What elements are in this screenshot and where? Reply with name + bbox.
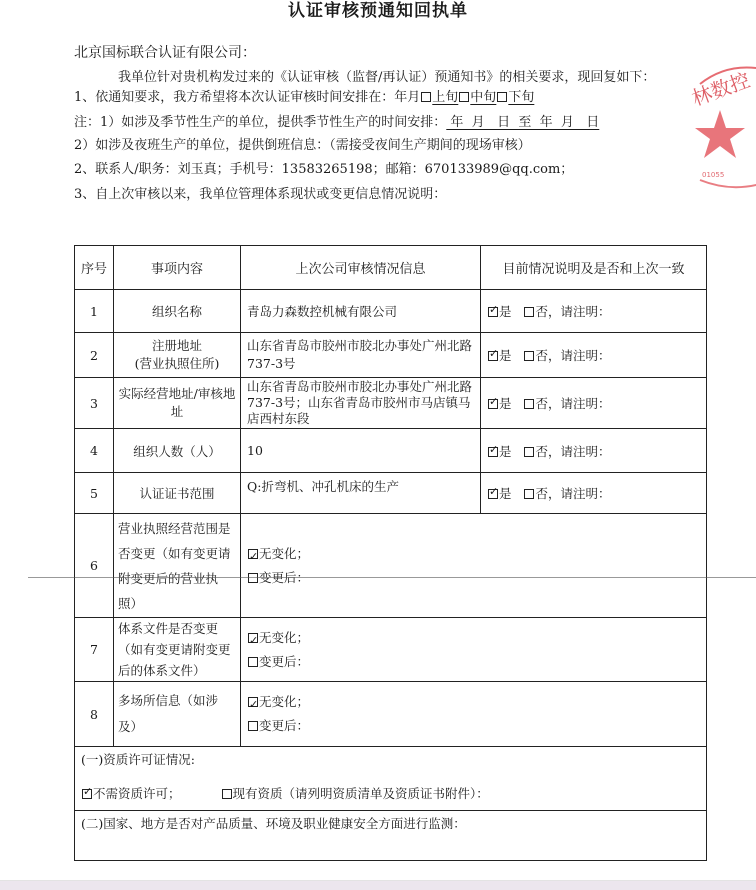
no-label: 否，请注明： bbox=[535, 396, 610, 411]
row-info: 山东省青岛市胶州市胶北办事处广州北路737-3号 bbox=[241, 333, 481, 378]
intro-text: 我单位针对贵机构发过来的《认证审核（监督/再认证）预通知书》的相关要求，现回复如… bbox=[118, 66, 655, 85]
no-change-checkbox[interactable] bbox=[248, 697, 258, 707]
row-status: 是 否，请注明： bbox=[481, 473, 707, 514]
no-qualification-checkbox[interactable] bbox=[82, 789, 92, 799]
row-change-status: 无变化； 变更后： bbox=[241, 682, 707, 747]
no-checkbox[interactable] bbox=[524, 447, 534, 457]
row-no: 3 bbox=[75, 378, 114, 429]
row-item: 注册地址 (营业执照住所) bbox=[114, 333, 241, 378]
row-no: 6 bbox=[75, 514, 114, 618]
col-header-previous-info: 上次公司审核情况信息 bbox=[241, 246, 481, 290]
checkbox-late[interactable] bbox=[497, 92, 507, 102]
table-row: 7 体系文件是否变更（如有变更请附变更后的体系文件） 无变化； 变更后： bbox=[75, 618, 707, 682]
schedule-line: 1、依通知要求，我方希望将本次认证审核时间安排在：年月上旬中旬下旬 bbox=[74, 86, 534, 105]
row-status: 是 否，请注明： bbox=[481, 333, 707, 378]
option-late-label: 下旬 bbox=[508, 90, 534, 105]
changed-checkbox[interactable] bbox=[248, 721, 258, 731]
seasonal-note-label: 注：1）如涉及季节性生产的单位，提供季节性生产的时间安排： bbox=[74, 115, 446, 130]
yes-label: 是 bbox=[499, 396, 512, 411]
row-status: 是 否，请注明： bbox=[481, 378, 707, 429]
row-item: 实际经营地址/审核地址 bbox=[114, 378, 241, 429]
table-row: 3 实际经营地址/审核地址 山东省青岛市胶州市胶北办事处广州北路737-3号；山… bbox=[75, 378, 707, 429]
table-row: 4 组织人数（人） 10 是 否，请注明： bbox=[75, 429, 707, 473]
table-row: 6 营业执照经营范围是否变更（如有变更请附变更后的营业执照） 无变化； 变更后： bbox=[75, 514, 707, 618]
monitoring-section: (二)国家、地方是否对产品质量、环境及职业健康安全方面进行监测： bbox=[75, 811, 707, 861]
row-item: 体系文件是否变更（如有变更请附变更后的体系文件） bbox=[114, 618, 241, 682]
no-qualification-label: 不需资质许可； bbox=[93, 786, 181, 801]
row-item: 组织名称 bbox=[114, 290, 241, 333]
company-seal-icon: 林数控 01055 bbox=[690, 62, 756, 192]
row-status: 是 否，请注明： bbox=[481, 429, 707, 473]
qualification-title: (一)资质许可证情况: bbox=[81, 750, 700, 768]
addressee: 北京国标联合认证有限公司： bbox=[74, 42, 256, 62]
col-header-current-status: 目前情况说明及是否和上次一致 bbox=[481, 246, 707, 290]
option-mid-label: 中旬 bbox=[470, 90, 496, 105]
row-info: 10 bbox=[241, 429, 481, 473]
checkbox-early[interactable] bbox=[421, 92, 431, 102]
status-table: 序号 事项内容 上次公司审核情况信息 目前情况说明及是否和上次一致 1 组织名称… bbox=[74, 245, 707, 861]
period-options: 上旬中旬下旬 bbox=[420, 90, 534, 105]
has-qualification-label: 现有资质（请列明资质清单及资质证书附件）： bbox=[233, 786, 489, 801]
row-no: 2 bbox=[75, 333, 114, 378]
status-intro: 3、自上次审核以来，我单位管理体系现状或变更信息情况说明： bbox=[74, 183, 446, 202]
table-row: 5 认证证书范围 Q:折弯机、冲孔机床的生产 是 否，请注明： bbox=[75, 473, 707, 514]
no-change-label: 无变化； bbox=[259, 546, 309, 561]
no-change-label: 无变化； bbox=[259, 694, 309, 709]
svg-text:01055: 01055 bbox=[702, 171, 724, 179]
table-row: 1 组织名称 青岛力森数控机械有限公司 是 否，请注明： bbox=[75, 290, 707, 333]
no-change-label: 无变化； bbox=[259, 630, 309, 645]
row-change-status: 无变化； 变更后： bbox=[241, 618, 707, 682]
col-header-item: 事项内容 bbox=[114, 246, 241, 290]
page-title: 认证审核预通知回执单 bbox=[0, 0, 756, 21]
yes-checkbox[interactable] bbox=[488, 489, 498, 499]
no-label: 否，请注明： bbox=[535, 444, 610, 459]
no-checkbox[interactable] bbox=[524, 489, 534, 499]
monitoring-cell: (二)国家、地方是否对产品质量、环境及职业健康安全方面进行监测： bbox=[75, 811, 707, 861]
table-row: 8 多场所信息（如涉及） 无变化； 变更后： bbox=[75, 682, 707, 747]
row-status: 是 否，请注明： bbox=[481, 290, 707, 333]
bottom-edge bbox=[0, 880, 756, 890]
yes-label: 是 bbox=[499, 486, 512, 501]
qualification-cell: (一)资质许可证情况: 不需资质许可；现有资质（请列明资质清单及资质证书附件）： bbox=[75, 747, 707, 811]
table-header-row: 序号 事项内容 上次公司审核情况信息 目前情况说明及是否和上次一致 bbox=[75, 246, 707, 290]
row-item: 多场所信息（如涉及） bbox=[114, 682, 241, 747]
seasonal-note: 注：1）如涉及季节性生产的单位，提供季节性生产的时间安排： 年 月 日 至 年 … bbox=[74, 111, 599, 130]
row-no: 5 bbox=[75, 473, 114, 514]
has-qualification-checkbox[interactable] bbox=[222, 789, 232, 799]
no-change-checkbox[interactable] bbox=[248, 633, 258, 643]
night-shift-note: 2）如涉及夜班生产的单位，提供倒班信息：（需接受夜间生产期间的现场审核） bbox=[74, 134, 531, 153]
checkbox-mid[interactable] bbox=[459, 92, 469, 102]
yes-checkbox[interactable] bbox=[488, 307, 498, 317]
no-checkbox[interactable] bbox=[524, 399, 534, 409]
row-no: 1 bbox=[75, 290, 114, 333]
no-label: 否，请注明： bbox=[535, 304, 610, 319]
yes-label: 是 bbox=[499, 348, 512, 363]
table-row: 2 注册地址 (营业执照住所) 山东省青岛市胶州市胶北办事处广州北路737-3号… bbox=[75, 333, 707, 378]
yes-label: 是 bbox=[499, 444, 512, 459]
yes-checkbox[interactable] bbox=[488, 447, 498, 457]
option-early-label: 上旬 bbox=[432, 90, 458, 105]
changed-label: 变更后： bbox=[259, 654, 309, 669]
schedule-prefix: 1、依通知要求，我方希望将本次认证审核时间安排在：年月 bbox=[74, 90, 420, 105]
no-label: 否，请注明： bbox=[535, 348, 610, 363]
row-item: 认证证书范围 bbox=[114, 473, 241, 514]
yes-label: 是 bbox=[499, 304, 512, 319]
qualification-section: (一)资质许可证情况: 不需资质许可；现有资质（请列明资质清单及资质证书附件）： bbox=[75, 747, 707, 811]
svg-text:林数控: 林数控 bbox=[690, 68, 753, 111]
row-no: 4 bbox=[75, 429, 114, 473]
row-no: 7 bbox=[75, 618, 114, 682]
no-checkbox[interactable] bbox=[524, 351, 534, 361]
changed-label: 变更后： bbox=[259, 718, 309, 733]
row-info: 青岛力森数控机械有限公司 bbox=[241, 290, 481, 333]
monitoring-title: (二)国家、地方是否对产品质量、环境及职业健康安全方面进行监测： bbox=[81, 814, 700, 832]
no-label: 否，请注明： bbox=[535, 486, 610, 501]
no-checkbox[interactable] bbox=[524, 307, 534, 317]
row-item: 组织人数（人） bbox=[114, 429, 241, 473]
contact-line: 2、联系人/职务：刘玉真；手机号：13583265198；邮箱：67013398… bbox=[74, 158, 573, 177]
yes-checkbox[interactable] bbox=[488, 351, 498, 361]
row-item: 营业执照经营范围是否变更（如有变更请附变更后的营业执照） bbox=[114, 514, 241, 618]
seasonal-date-field[interactable]: 年 月 日 至 年 月 日 bbox=[446, 115, 599, 130]
row-no: 8 bbox=[75, 682, 114, 747]
row-change-status: 无变化； 变更后： bbox=[241, 514, 707, 618]
no-change-checkbox[interactable] bbox=[248, 549, 258, 559]
col-header-no: 序号 bbox=[75, 246, 114, 290]
row-info: 山东省青岛市胶州市胶北办事处广州北路737-3号；山东省青岛市胶州市马店镇马店西… bbox=[241, 378, 481, 429]
changed-checkbox[interactable] bbox=[248, 657, 258, 667]
yes-checkbox[interactable] bbox=[488, 399, 498, 409]
scan-artifact-line bbox=[28, 577, 756, 578]
row-info: Q:折弯机、冲孔机床的生产 bbox=[241, 473, 481, 514]
